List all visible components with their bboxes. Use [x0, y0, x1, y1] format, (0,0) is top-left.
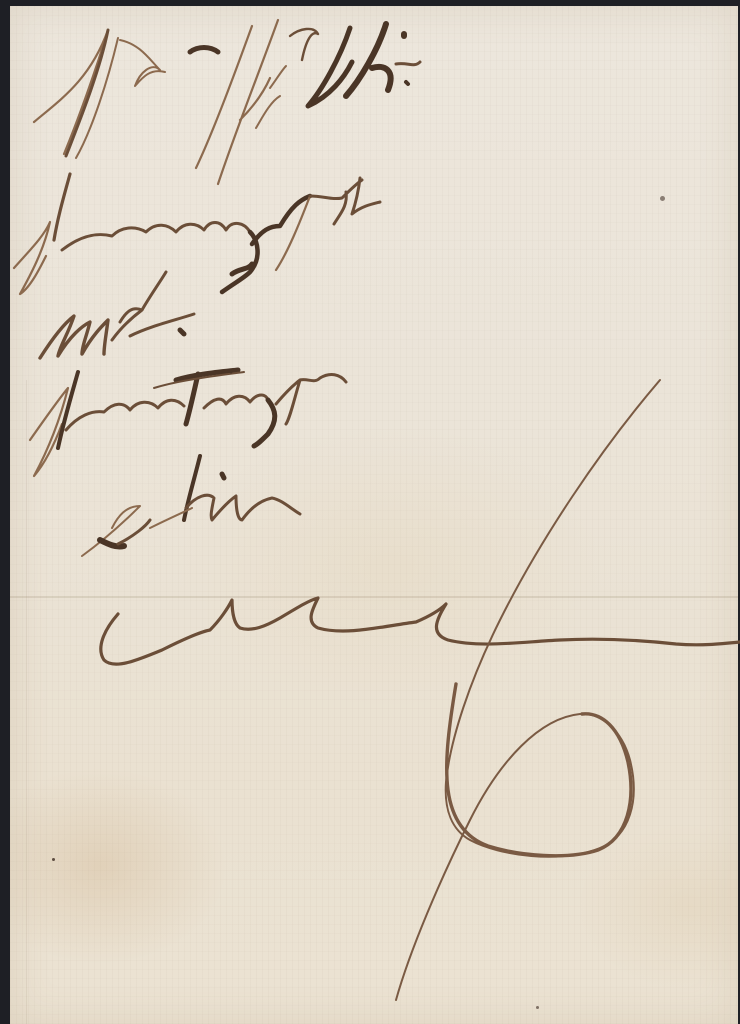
line-hemingford	[14, 174, 380, 294]
ink-speck	[660, 196, 665, 201]
line-nr	[40, 272, 194, 358]
ink-speck	[52, 858, 55, 861]
ink-speck	[536, 1006, 539, 1009]
line-shire	[82, 456, 300, 556]
line-huntington	[30, 370, 346, 476]
postage-rate-6	[396, 380, 660, 1000]
line-mr-wilkis	[34, 20, 420, 184]
letter-photo: Mr Wilkis Hemingford nr. Huntington shir…	[0, 0, 740, 1024]
handwriting-ink	[0, 0, 740, 1024]
flourish-underline	[101, 598, 740, 664]
